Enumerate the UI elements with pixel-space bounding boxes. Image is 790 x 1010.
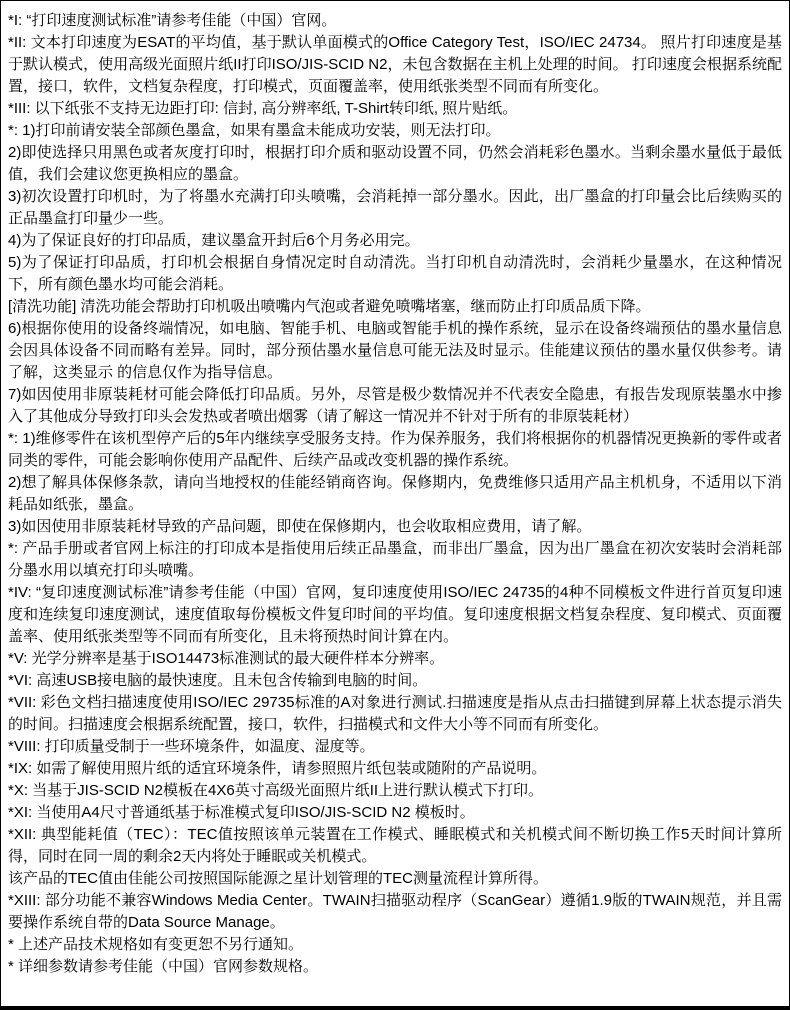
footnote-official-website-specs: * 详细参数请参考佳能（中国）官网参数规格。 xyxy=(8,956,782,978)
footnote-spec-change-notice: * 上述产品技术规格如有变更恕不另行通知。 xyxy=(8,934,782,956)
footnote-non-genuine-fee: 3)如因使用非原装耗材导致的产品问题，即使在保修期内，也会收取相应费用，请了解。 xyxy=(8,516,782,538)
footnote-borderless-paper: *III: 以下纸张不支持无边距打印: 信封, 高分辨率纸, T-Shirt转印… xyxy=(8,98,782,120)
footnote-usb-speed: *VI: 高速USB接电脑的最快速度。且未包含传输到电脑的时间。 xyxy=(8,670,782,692)
footnote-optical-resolution: *V: 光学分辨率是基于ISO14473标准测试的最大硬件样本分辨率。 xyxy=(8,648,782,670)
footnote-print-quality-environment: *VIII: 打印质量受制于一些环境条件，如温度、湿度等。 xyxy=(8,736,782,758)
footnote-ink-six-months: 4)为了保证良好的打印品质，建议墨盒开封后6个月务必用完。 xyxy=(8,230,782,252)
footnote-ink-initial-setup: 3)初次设置打印机时，为了将墨水充满打印头喷嘴，会消耗掉一部分墨水。因此，出厂墨… xyxy=(8,186,782,230)
footnote-repair-parts: *: 1)维修零件在该机型停产后的5年内继续享受服务支持。作为保养服务，我们将根… xyxy=(8,428,782,472)
footnote-a4-copy-template: *XI: 当使用A4尺寸普通纸基于标准模式复印ISO/JIS-SCID N2 模… xyxy=(8,802,782,824)
spec-footnotes-document: *I: “打印速度测试标准”请参考佳能（中国）官网。 *II: 文本打印速度为E… xyxy=(0,0,790,1010)
footnote-print-cost: *: 产品手册或者官网上标注的打印成本是指使用后续正品墨盒，而非出厂墨盒，因为出… xyxy=(8,538,782,582)
footnote-ink-install: *: 1)打印前请安装全部颜色墨盒，如果有墨盒未能成功安装，则无法打印。 xyxy=(8,120,782,142)
footnote-print-speed-standard: *I: “打印速度测试标准”请参考佳能（中国）官网。 xyxy=(8,10,782,32)
footnote-ink-grayscale: 2)即使选择只用黑色或者灰度打印时，根据打印介质和驱动设置不同，仍然会消耗彩色墨… xyxy=(8,142,782,186)
footnote-non-genuine-ink: 7)如因使用非原装耗材可能会降低打印品质。另外，尽管是极少数情况并不代表安全隐患… xyxy=(8,384,782,428)
footnote-auto-cleaning: 5)为了保证打印品质，打印机会根据自身情况定时自动清洗。当打印机自动清洗时，会消… xyxy=(8,252,782,296)
footnote-ink-level-display: 6)根据你使用的设备终端情况，如电脑、智能手机、电脑或智能手机的操作系统，显示在… xyxy=(8,318,782,384)
footnote-text-print-speed: *II: 文本打印速度为ESAT的平均值，基于默认单面模式的Office Cat… xyxy=(8,32,782,98)
footnote-warranty-terms: 2)想了解具体保修条款，请向当地授权的佳能经销商咨询。保修期内，免费维修只适用产… xyxy=(8,472,782,516)
footnote-cleaning-function: [清洗功能] 清洗功能会帮助打印机吸出喷嘴内气泡或者避免喷嘴堵塞，继而防止打印质… xyxy=(8,296,782,318)
footnote-windows-twain: *XIII: 部分功能不兼容Windows Media Center。TWAIN… xyxy=(8,890,782,934)
footnote-tec-value: *XII: 典型能耗值（TEC）：TEC值按照该单元装置在工作模式、睡眠模式和关… xyxy=(8,824,782,868)
footnote-tec-energy-star: 该产品的TEC值由佳能公司按照国际能源之星计划管理的TEC测量流程计算所得。 xyxy=(8,868,782,890)
footnote-photo-paper-environment: *IX: 如需了解使用照片纸的适宜环境条件，请参照照片纸包装或随附的产品说明。 xyxy=(8,758,782,780)
footnote-copy-speed-standard: *IV: “复印速度测试标准”请参考佳能（中国）官网，复印速度使用ISO/IEC… xyxy=(8,582,782,648)
footnote-scan-speed: *VII: 彩色文档扫描速度使用ISO/IEC 29735标准的A对象进行测试.… xyxy=(8,692,782,736)
footnote-photo-print-template: *X: 当基于JIS-SCID N2模板在4X6英寸高级光面照片纸II上进行默认… xyxy=(8,780,782,802)
